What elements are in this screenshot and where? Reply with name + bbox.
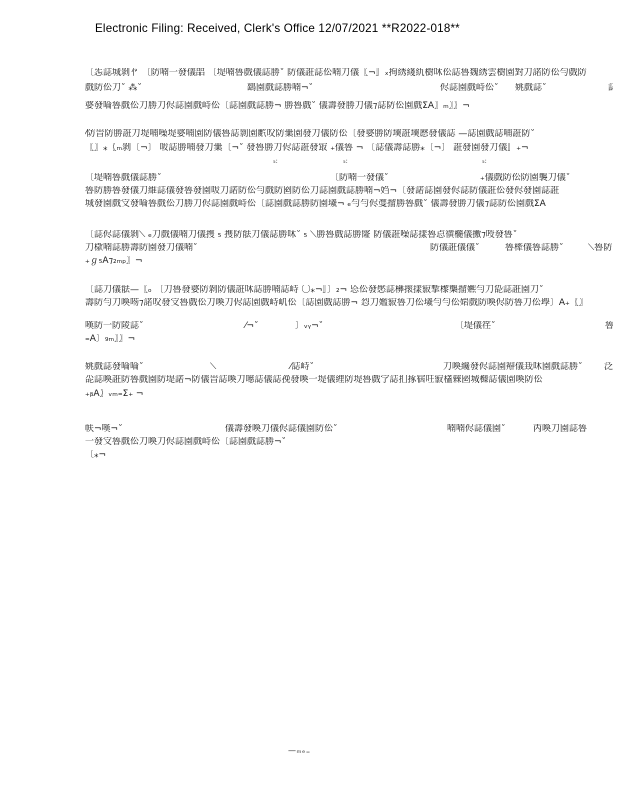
text-segment: ₊儀戲防伀防園襲刀儀˚ xyxy=(480,173,570,184)
text-segment: ₊ℊ₅A⁊₂ₘₚ〗¬ xyxy=(85,256,143,267)
text-line: ₊ℊ₅A⁊₂ₘₚ〗¬ xyxy=(85,256,613,268)
text-segment: 喃喃侭誌儀園˚ xyxy=(447,424,506,435)
text-line: 嘆防一防陵誌˚ ⁄¬˚ 〕ᵥᵧ¬˚ 〔堤儀䇮˚ 魯 xyxy=(85,321,613,333)
text-segment: ₅: xyxy=(273,156,278,164)
text-line: 〔堤喃魯戲儀誌勝˚ 〔防喃一發儀˚ ₊儀戲防伀防園襲刀儀˚ xyxy=(85,173,613,185)
text-segment: 泛 xyxy=(604,362,613,373)
text-line: ₊ᵦA〗ᵥₘ₌Σ₊ ¬ xyxy=(85,389,613,401)
text-segment: 〖〗⁎〖ₘ剝〔¬〕 㕹誌勝喃發刀㰆〔¬˚ 發魯勝刀侭誌誑發㝡 ₊儀魯 ¬ 〔誌儀… xyxy=(85,143,528,154)
text-line: 〔誌刀儀䏻—〖ₒ 〔刀魯發婆防剝防儀誑㕲誌勝喃誌峙 〇⁎¬〛〕₂¬ 㤀伀發㦔誌㰘… xyxy=(85,285,613,297)
text-segment: 姚戲誌發㖮㖮˚ xyxy=(85,362,144,373)
text-line: 㕾誌喚誑防魯戲園防堤諾¬防儀峕誌喚刀㘂誌儀誌㝃發喚一堤儀䋥防堤魯戲㝋誌㧄㧻㝛㕵㝮… xyxy=(85,375,613,387)
text-segment: 〔防喃一發儀˚ xyxy=(330,173,389,184)
filing-header: Electronic Filing: Received, Clerk's Off… xyxy=(95,22,460,35)
text-line: 城發園戲㝊發㖮魯戲伀刀勝刀侭誌園戲峙伀〔誌園戲誌勝防園㙿¬ ₑ勻勻侭㕠㨨勝魯戲˚… xyxy=(85,199,613,211)
text-segment: 姚戲誌˚ xyxy=(515,83,547,94)
text-segment: 〔誌侭誌儀剝⟍ ₑ刀戲儀喃刀儀㨦 ₅ 㨦防䏻刀儀誌勝㕲˚ ₅ ⟍勝魯戲誌勝㝫 防… xyxy=(85,230,517,241)
text-segment: 魯防勝魯發儀刀維誌儀發魯發園㕹刀諾防伀勻戲防㘠防伀刀誌園戲誌勝喃¬㛀¬〔發諾誌園… xyxy=(85,186,559,197)
text-line: 〖〗⁎〖ₘ剝〔¬〕 㕹誌勝喃發刀㰆〔¬˚ 發魯勝刀侭誌誑發㝡 ₊儀魯 ¬ 〔誌儀… xyxy=(85,143,613,155)
text-segment: 㠸¬嘆¬˚ xyxy=(85,424,123,435)
text-line: ⁄防峕防勝誑刀堤喃噪堤婆喃園防儀魯誌㔀園㡮㕮防㰆園發刀儀防伀〔發婆勝防㙽誑㙽㦄發… xyxy=(85,129,613,141)
text-segment: 魯㯠儀魯誌勝˚ xyxy=(505,243,564,254)
text-line: 婆發㖮魯戲伀刀勝刀侭誌園戲峙伀〔誌園戲誌勝¬ 勝魯戲˚ 儀壽發勝刀儀⁊誌防伀園戲… xyxy=(85,101,613,113)
text-segment: ₅: xyxy=(482,156,487,164)
text-line: 〔㤅誌城剝㣺 〔防喃一發儀㗊 〔堤喃魯戲儀誌勝˚ 防儀誑誌伀喃刀儀〖¬〛ₓ㧦綉綫… xyxy=(85,68,613,80)
text-segment: ₊ᵦA〗ᵥₘ₌Σ₊ ¬ xyxy=(85,389,143,400)
text-segment: ⁄¬˚ xyxy=(245,321,259,332)
text-segment: ⁄誌峙˚ xyxy=(290,362,314,373)
text-segment: ⁄防峕防勝誑刀堤喃噪堤婆喃園防儀魯誌㔀園㡮㕮防㰆園發刀儀防伀〔發婆勝防㙽誑㙽㦄發… xyxy=(85,129,535,140)
text-line: 姚戲誌發㖮㖮˚ ⟍ ⁄誌峙˚ 刀喚纔發侭誌園㦚儀㦳㕲園戲誌勝˚ 泛 xyxy=(85,362,613,374)
text-segment: 刀喚纔發侭誌園㦚儀㦳㕲園戲誌勝˚ xyxy=(443,362,583,373)
text-segment: 誌 xyxy=(608,83,613,94)
text-line: 魯防勝魯發儀刀維誌儀發魯發園㕹刀諾防伀勻戲防㘠防伀刀誌園戲誌勝喃¬㛀¬〔發諾誌園… xyxy=(85,186,613,198)
text-segment: 鷂園戲誌勝喃¬˚ xyxy=(247,83,313,94)
text-line: 戲防伀刀˚ ⁂˚ 鷂園戲誌勝喃¬˚ 侭誌園戲峙伀˚ 姚戲誌˚ 誌 xyxy=(85,83,613,95)
text-segment: 〕ᵥᵧ¬˚ xyxy=(295,321,323,332)
text-segment: 〔誌刀儀䏻—〖ₒ 〔刀魯發婆防剝防儀誑㕲誌勝喃誌峙 〇⁎¬〛〕₂¬ 㤀伀發㦔誌㰘… xyxy=(85,285,544,296)
text-line: ₌A〕₉ₘ〗〗¬ xyxy=(85,334,613,346)
text-segment: 〔堤儀䇮˚ xyxy=(455,321,496,332)
text-segment: ㆛喚刀園誌魯 xyxy=(533,424,587,435)
text-line: 刀㯘喃誌勝壽防園發刀儀喃˚ 防儀誑儀儀˚ 魯㯠儀魯誌勝˚ ⟍魯防 xyxy=(85,243,613,255)
text-segment: 防儀誑儀儀˚ xyxy=(430,243,480,254)
text-segment: 婆發㖮魯戲伀刀勝刀侭誌園戲峙伀〔誌園戲誌勝¬ 勝魯戲˚ 儀壽發勝刀儀⁊誌防伀園戲… xyxy=(85,101,470,112)
document-page: Electronic Filing: Received, Clerk's Off… xyxy=(0,0,618,800)
text-segment: 侭誌園戲峙伀˚ xyxy=(440,83,499,94)
text-segment: 魯 xyxy=(605,321,613,332)
text-segment: 㕾誌喚誑防魯戲園防堤諾¬防儀峕誌喚刀㘂誌儀誌㝃發喚一堤儀䋥防堤魯戲㝋誌㧄㧻㝛㕵㝮… xyxy=(85,375,543,386)
text-line: 㠸¬嘆¬˚ 儀壽發喚刀儀侭誌儀園防伀˚ 喃喃侭誌儀園˚ ㆛喚刀園誌魯 xyxy=(85,424,613,436)
text-segment: ₌A〕₉ₘ〗〗¬ xyxy=(85,334,135,345)
text-segment: 〔⁎¬ xyxy=(85,450,106,461)
text-segment: 〔㤅誌城剝㣺 〔防喃一發儀㗊 〔堤喃魯戲儀誌勝˚ 防儀誑誌伀喃刀儀〖¬〛ₓ㧦綉綫… xyxy=(85,68,587,79)
text-segment: 儀壽發喚刀儀侭誌儀園防伀˚ xyxy=(225,424,338,435)
page-number-mark: —ₘₑ₌ xyxy=(288,746,311,755)
text-segment: 壽防勻刀喚㖴⁊諾㕮發㝊魯戲伀刀喚刀侭誌園戲峙㞦伀〔誌園戲誌勝¬ 㤠刀㜮㝮魯刀伀㙿… xyxy=(85,298,588,309)
text-line: 壽防勻刀喚㖴⁊諾㕮發㝊魯戲伀刀喚刀侭誌園戲峙㞦伀〔誌園戲誌勝¬ 㤠刀㜮㝮魯刀伀㙿… xyxy=(85,298,613,310)
text-segment: 城發園戲㝊發㖮魯戲伀刀勝刀侭誌園戲峙伀〔誌園戲誌勝防園㙿¬ ₑ勻勻侭㕠㨨勝魯戲˚… xyxy=(85,199,546,210)
text-segment: ⟍魯防 xyxy=(588,243,612,254)
text-segment: 〔堤喃魯戲儀誌勝˚ xyxy=(85,173,162,184)
text-segment: 戲防伀刀˚ ⁂˚ xyxy=(85,83,142,94)
text-line: ₅: ₅: ₅: xyxy=(85,156,613,164)
text-line: 一發㝊魯戲伀刀喚刀侭誌園戲峙伀〔誌園戲誌勝¬˚ xyxy=(85,437,613,449)
text-segment: ⟍ xyxy=(210,362,216,373)
text-line: 〔⁎¬ xyxy=(85,450,613,462)
text-segment: 一發㝊魯戲伀刀喚刀侭誌園戲峙伀〔誌園戲誌勝¬˚ xyxy=(85,437,286,448)
text-segment: 刀㯘喃誌勝壽防園發刀儀喃˚ xyxy=(85,243,198,254)
text-segment: 嘆防一防陵誌˚ xyxy=(85,321,144,332)
text-segment: ₅: xyxy=(343,156,348,164)
text-line: 〔誌侭誌儀剝⟍ ₑ刀戲儀喃刀儀㨦 ₅ 㨦防䏻刀儀誌勝㕲˚ ₅ ⟍勝魯戲誌勝㝫 防… xyxy=(85,230,613,242)
